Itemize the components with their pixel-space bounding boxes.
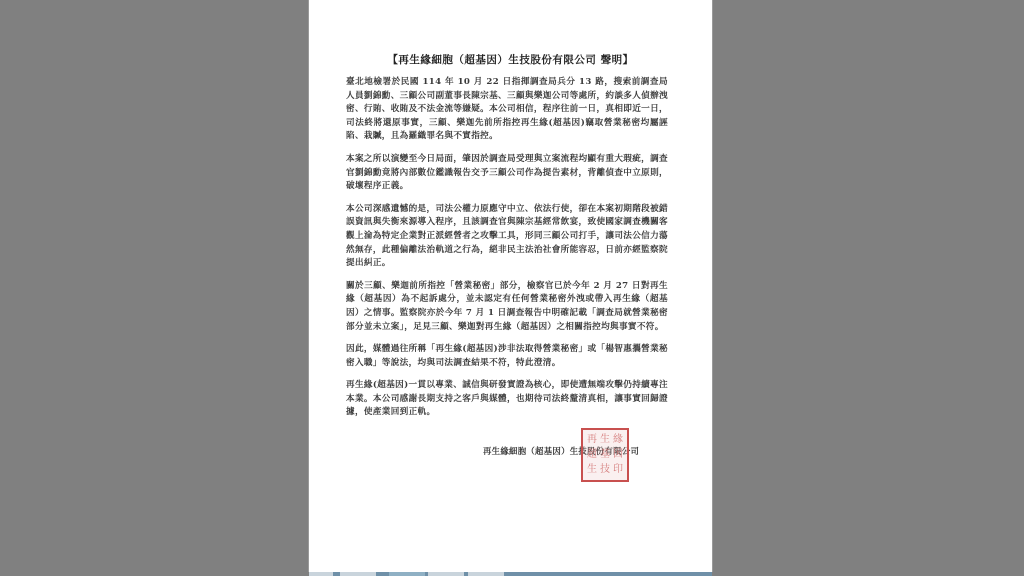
paragraph-1: 臺北地檢署於民國 114 年 10 月 22 日指揮調查局兵分 13 路，搜索前… (346, 76, 668, 144)
seal-char: 印 (612, 463, 624, 477)
seal-char: 技 (599, 463, 611, 477)
document-body: 臺北地檢署於民國 114 年 10 月 22 日指揮調查局兵分 13 路，搜索前… (346, 76, 668, 429)
paragraph-6: 再生緣(超基因)一貫以專業、誠信與研發實證為核心，即使遭無端攻擊仍持續專注本業。… (346, 379, 668, 420)
seal-char: 緣 (612, 433, 624, 447)
paragraph-4: 關於三顧、樂迦前所指控「營業秘密」部分，檢察官已於今年 2 月 27 日對再生緣… (346, 280, 668, 334)
seal-char: 生 (599, 433, 611, 447)
company-seal-stamp: 再 生 緣 超 基 因 生 技 印 (581, 428, 629, 482)
taskbar-button[interactable] (309, 572, 333, 576)
taskbar-button[interactable] (389, 572, 425, 576)
document-title: 【再生緣細胞（超基因）生技股份有限公司 聲明】 (309, 52, 712, 67)
document-page: 【再生緣細胞（超基因）生技股份有限公司 聲明】 臺北地檢署於民國 114 年 1… (309, 0, 712, 572)
taskbar-button[interactable] (468, 572, 504, 576)
paragraph-2: 本案之所以演變至今日局面，肇因於調查局受理與立案流程均顯有重大瑕疵，調查官劉錦勳… (346, 153, 668, 194)
taskbar-strip (309, 572, 712, 576)
paragraph-3: 本公司深感遺憾的是，司法公權力原應守中立、依法行使，卻在本案初期階段被錯誤資訊與… (346, 203, 668, 271)
seal-char: 因 (612, 448, 624, 462)
seal-char: 生 (586, 463, 598, 477)
seal-char: 超 (586, 448, 598, 462)
seal-char: 再 (586, 433, 598, 447)
seal-char: 基 (599, 448, 611, 462)
taskbar-button[interactable] (428, 572, 464, 576)
paragraph-5: 因此，媒體過往所稱「再生緣(超基因)涉非法取得營業秘密」或「楊智惠攜營業秘密入職… (346, 343, 668, 370)
taskbar-button[interactable] (340, 572, 376, 576)
